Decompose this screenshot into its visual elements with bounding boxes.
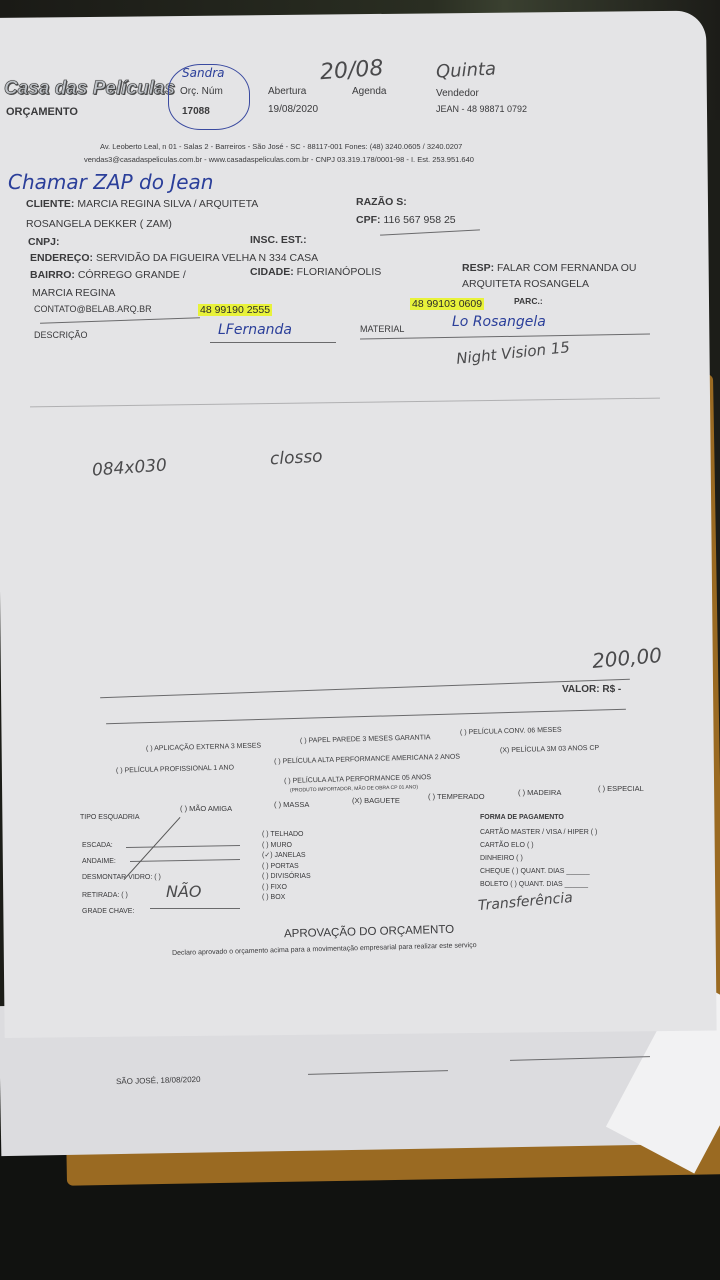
cidade-value: FLORIANÓPOLIS bbox=[297, 266, 382, 278]
cpf-label: CPF: bbox=[356, 214, 381, 226]
vendedor-label: Vendedor bbox=[436, 88, 479, 99]
abertura-label: Abertura bbox=[268, 86, 306, 97]
phone-2: 48 99103 0609 bbox=[410, 298, 484, 310]
phone-1: 48 99190 2555 bbox=[198, 304, 272, 316]
doc-type: ORÇAMENTO bbox=[6, 106, 78, 118]
local-muro: ( ) MURO bbox=[262, 841, 311, 852]
handwritten-agenda-day: Quinta bbox=[435, 58, 496, 82]
cpf-field: CPF: 116 567 958 25 bbox=[356, 214, 456, 226]
handwritten-measure-note: closso bbox=[270, 447, 324, 470]
contato-email: CONTATO@BELAB.ARQ.BR bbox=[34, 304, 152, 314]
bairro-field: BAIRRO: CÓRREGO GRANDE / bbox=[30, 269, 186, 281]
phone-1-value: 48 99190 2555 bbox=[198, 304, 272, 316]
cliente-value-2: ROSANGELA DEKKER ( ZAM) bbox=[26, 218, 172, 230]
company-logo: Casa das Películas bbox=[4, 78, 175, 100]
esquadria-especial: ( ) ESPECIAL bbox=[598, 784, 644, 793]
orc-label: Orç. Núm bbox=[180, 86, 223, 97]
bairro-label: BAIRRO: bbox=[30, 269, 75, 281]
pagamento-cartao-master: CARTÃO MASTER / VISA / HIPER ( ) bbox=[480, 826, 597, 839]
company-address: Av. Leoberto Leal, n 01 - Salas 2 - Barr… bbox=[100, 142, 462, 151]
local-portas: ( ) PORTAS bbox=[262, 862, 311, 873]
field-desmontar-vidro: DESMONTAR VIDRO: ( ) bbox=[82, 874, 161, 881]
phone-2-value: 48 99103 0609 bbox=[410, 298, 484, 310]
esquadria-madeira: ( ) MADEIRA bbox=[518, 788, 561, 797]
resp-field: RESP: FALAR COM FERNANDA OU bbox=[462, 262, 636, 274]
cidade-label: CIDADE: bbox=[250, 266, 294, 278]
local-divisorias: ( ) DIVISÓRIAS bbox=[262, 872, 311, 883]
resp-value: FALAR COM FERNANDA OU bbox=[497, 262, 636, 274]
abertura-date: 19/08/2020 bbox=[268, 104, 318, 115]
cliente-field: CLIENTE: MARCIA REGINA SILVA / ARQUITETA bbox=[26, 198, 258, 210]
parc-label: PARC.: bbox=[514, 296, 543, 306]
pagamento-list: CARTÃO MASTER / VISA / HIPER ( ) CARTÃO … bbox=[480, 826, 597, 891]
cidade-field: CIDADE: FLORIANÓPOLIS bbox=[250, 266, 381, 278]
valor-label: VALOR: R$ - bbox=[562, 684, 621, 695]
handwritten-retirada: NÃO bbox=[166, 882, 202, 901]
endereco-field: ENDEREÇO: SERVIDÃO DA FIGUEIRA VELHA N 3… bbox=[30, 252, 318, 264]
endereco-value: SERVIDÃO DA FIGUEIRA VELHA N 334 CASA bbox=[96, 252, 318, 264]
descricao-underline bbox=[210, 342, 336, 343]
pagamento-title: FORMA DE PAGAMENTO bbox=[480, 814, 564, 821]
local-janelas: (✓) JANELAS bbox=[262, 851, 311, 862]
esquadria-baguete: (X) BAGUETE bbox=[352, 796, 400, 805]
field-escada: ESCADA: bbox=[82, 842, 113, 849]
pagamento-dinheiro: DINHEIRO ( ) bbox=[480, 852, 597, 865]
orc-number: 17088 bbox=[182, 106, 210, 117]
pagamento-boleto: BOLETO ( ) QUANT. DIAS ______ bbox=[480, 878, 597, 891]
material-label: MATERIAL bbox=[360, 324, 404, 334]
handwritten-note-top: Chamar ZAP do Jean bbox=[8, 170, 213, 194]
esquadria-massa: ( ) MASSA bbox=[274, 800, 309, 809]
bairro-value: CÓRREGO GRANDE / bbox=[78, 269, 186, 281]
agenda-label: Agenda bbox=[352, 86, 386, 97]
field-retirada: RETIRADA: ( ) bbox=[82, 892, 128, 899]
esquadria-mao-amiga: ( ) MÃO AMIGA bbox=[180, 804, 232, 813]
descricao-label: DESCRIÇÃO bbox=[34, 330, 88, 340]
field-andaime: ANDAIME: bbox=[82, 858, 116, 865]
local-fixo: ( ) FIXO bbox=[262, 883, 311, 894]
resp-value-2: ARQUITETA ROSANGELA bbox=[462, 278, 589, 290]
pagamento-cheque: CHEQUE ( ) QUANT. DIAS ______ bbox=[480, 865, 597, 878]
grade-chave-line bbox=[150, 908, 240, 909]
cliente-label: CLIENTE: bbox=[26, 198, 74, 210]
pagamento-cartao-elo: CARTÃO ELO ( ) bbox=[480, 839, 597, 852]
cpf-value: 116 567 958 25 bbox=[383, 214, 455, 226]
locais-list: ( ) TELHADO ( ) MURO (✓) JANELAS ( ) POR… bbox=[262, 830, 311, 904]
esquadria-temperado: ( ) TEMPERADO bbox=[428, 792, 485, 801]
bairro-value-2: MARCIA REGINA bbox=[32, 287, 115, 299]
insc-label: INSC. EST.: bbox=[250, 234, 307, 246]
esquadria-label: TIPO ESQUADRIA bbox=[80, 814, 140, 821]
quote-sheet bbox=[0, 11, 717, 1038]
local-telhado: ( ) TELHADO bbox=[262, 830, 311, 841]
handwritten-agenda-date: 20/08 bbox=[319, 56, 384, 85]
handwritten-descricao: LFernanda bbox=[218, 322, 292, 338]
vendedor-value: JEAN - 48 98871 0792 bbox=[436, 104, 527, 114]
handwritten-cloud-name: Sandra bbox=[182, 66, 224, 80]
company-contact: vendas3@casadaspeliculas.com.br - www.ca… bbox=[84, 155, 474, 164]
resp-label: RESP: bbox=[462, 262, 494, 274]
razao-label: RAZÃO S: bbox=[356, 196, 407, 208]
handwritten-material: Lo Rosangela bbox=[452, 314, 546, 330]
cnpj-label: CNPJ: bbox=[28, 236, 60, 248]
cliente-value: MARCIA REGINA SILVA / ARQUITETA bbox=[77, 198, 258, 210]
local-box: ( ) BOX bbox=[262, 893, 311, 904]
endereco-label: ENDEREÇO: bbox=[30, 252, 93, 264]
field-grade-chave: GRADE CHAVE: bbox=[82, 908, 134, 915]
